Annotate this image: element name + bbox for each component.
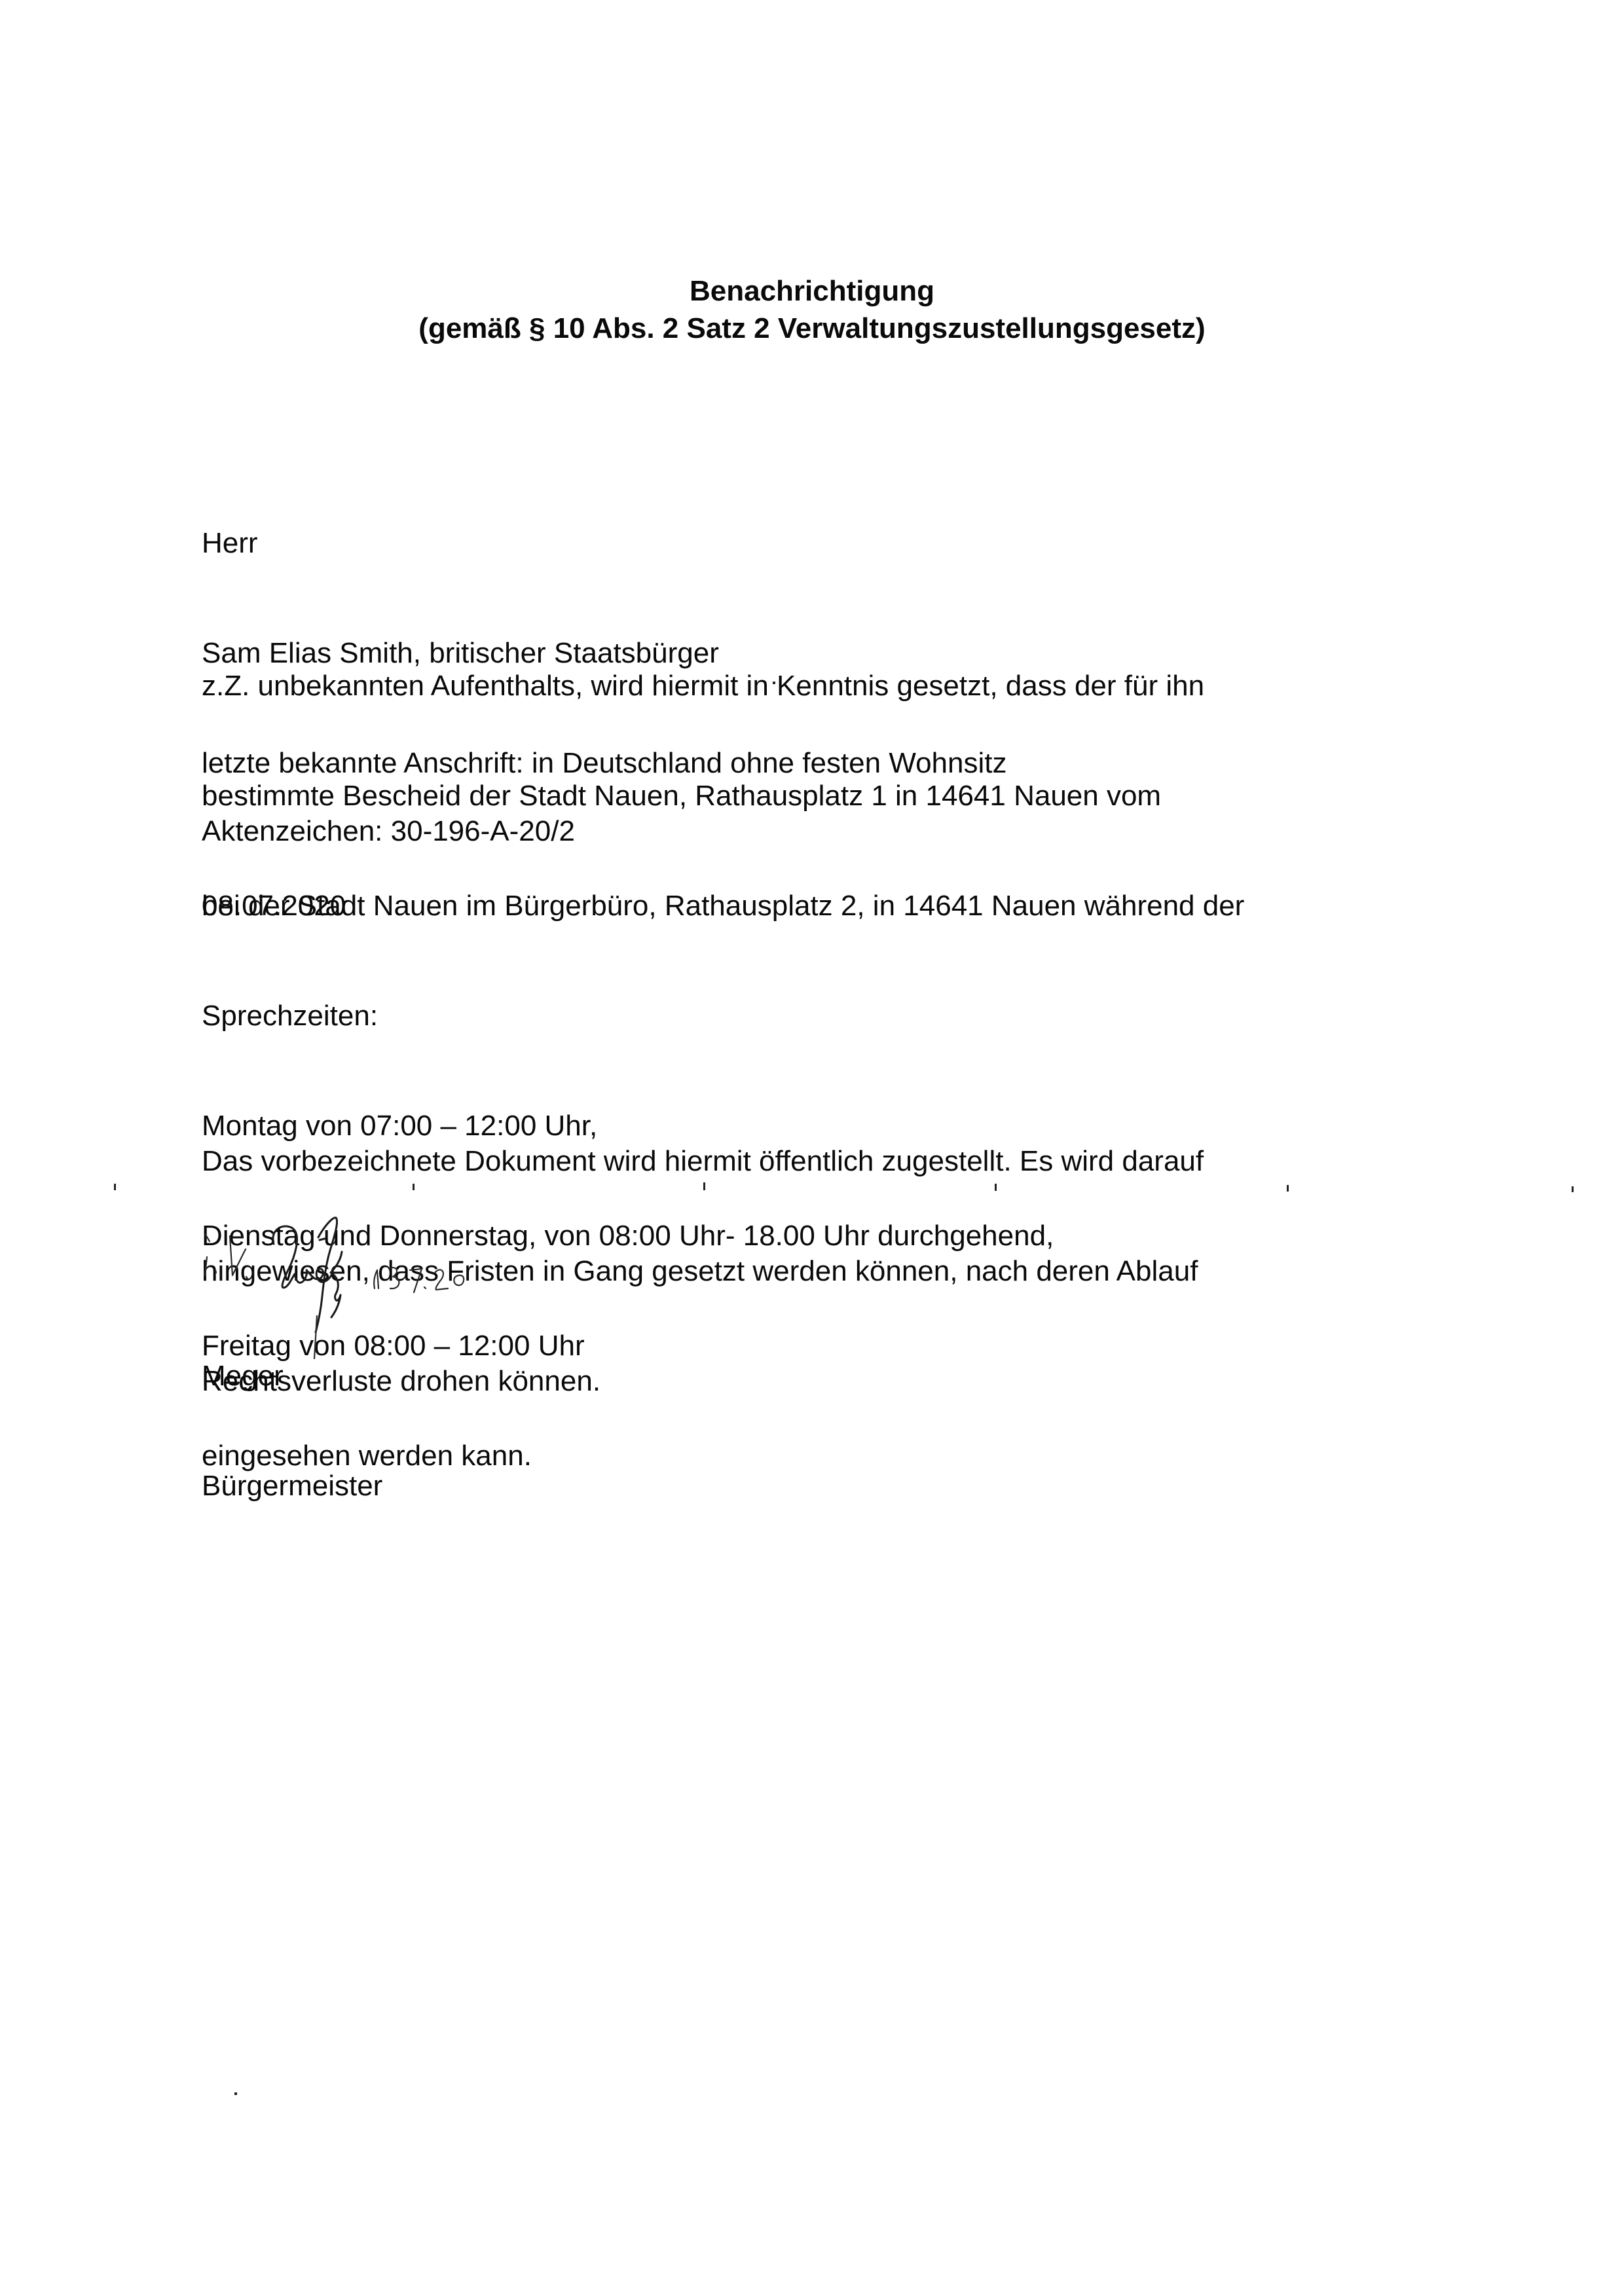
scan-mark <box>114 1184 116 1190</box>
recipient-salutation: Herr <box>202 525 1446 562</box>
scan-mark <box>995 1184 997 1191</box>
document-subtitle: (gemäß § 10 Abs. 2 Satz 2 Verwaltungszus… <box>0 311 1624 346</box>
notice-line: z.Z. unbekannten Aufenthalts, wird hierm… <box>202 668 1446 704</box>
scan-mark <box>703 1182 705 1190</box>
closing-line: Das vorbezeichnete Dokument wird hiermit… <box>202 1143 1446 1180</box>
inspection-line: bei der Stadt Nauen im Bürgerbüro, Ratha… <box>202 888 1446 924</box>
scan-mark <box>1572 1186 1574 1192</box>
scan-mark <box>413 1184 415 1190</box>
signature-block: Meger Bürgermeister <box>202 1285 1446 1578</box>
document-page: Benachrichtigung (gemäß § 10 Abs. 2 Satz… <box>0 0 1624 2296</box>
scan-speck <box>773 682 775 684</box>
scan-mark <box>1287 1185 1289 1192</box>
signer-title: Bürgermeister <box>202 1468 1446 1504</box>
signer-name: Meger <box>202 1358 1446 1394</box>
inspection-line: Sprechzeiten: <box>202 998 1446 1034</box>
document-title: Benachrichtigung <box>0 274 1624 309</box>
scan-speck <box>234 2092 237 2095</box>
